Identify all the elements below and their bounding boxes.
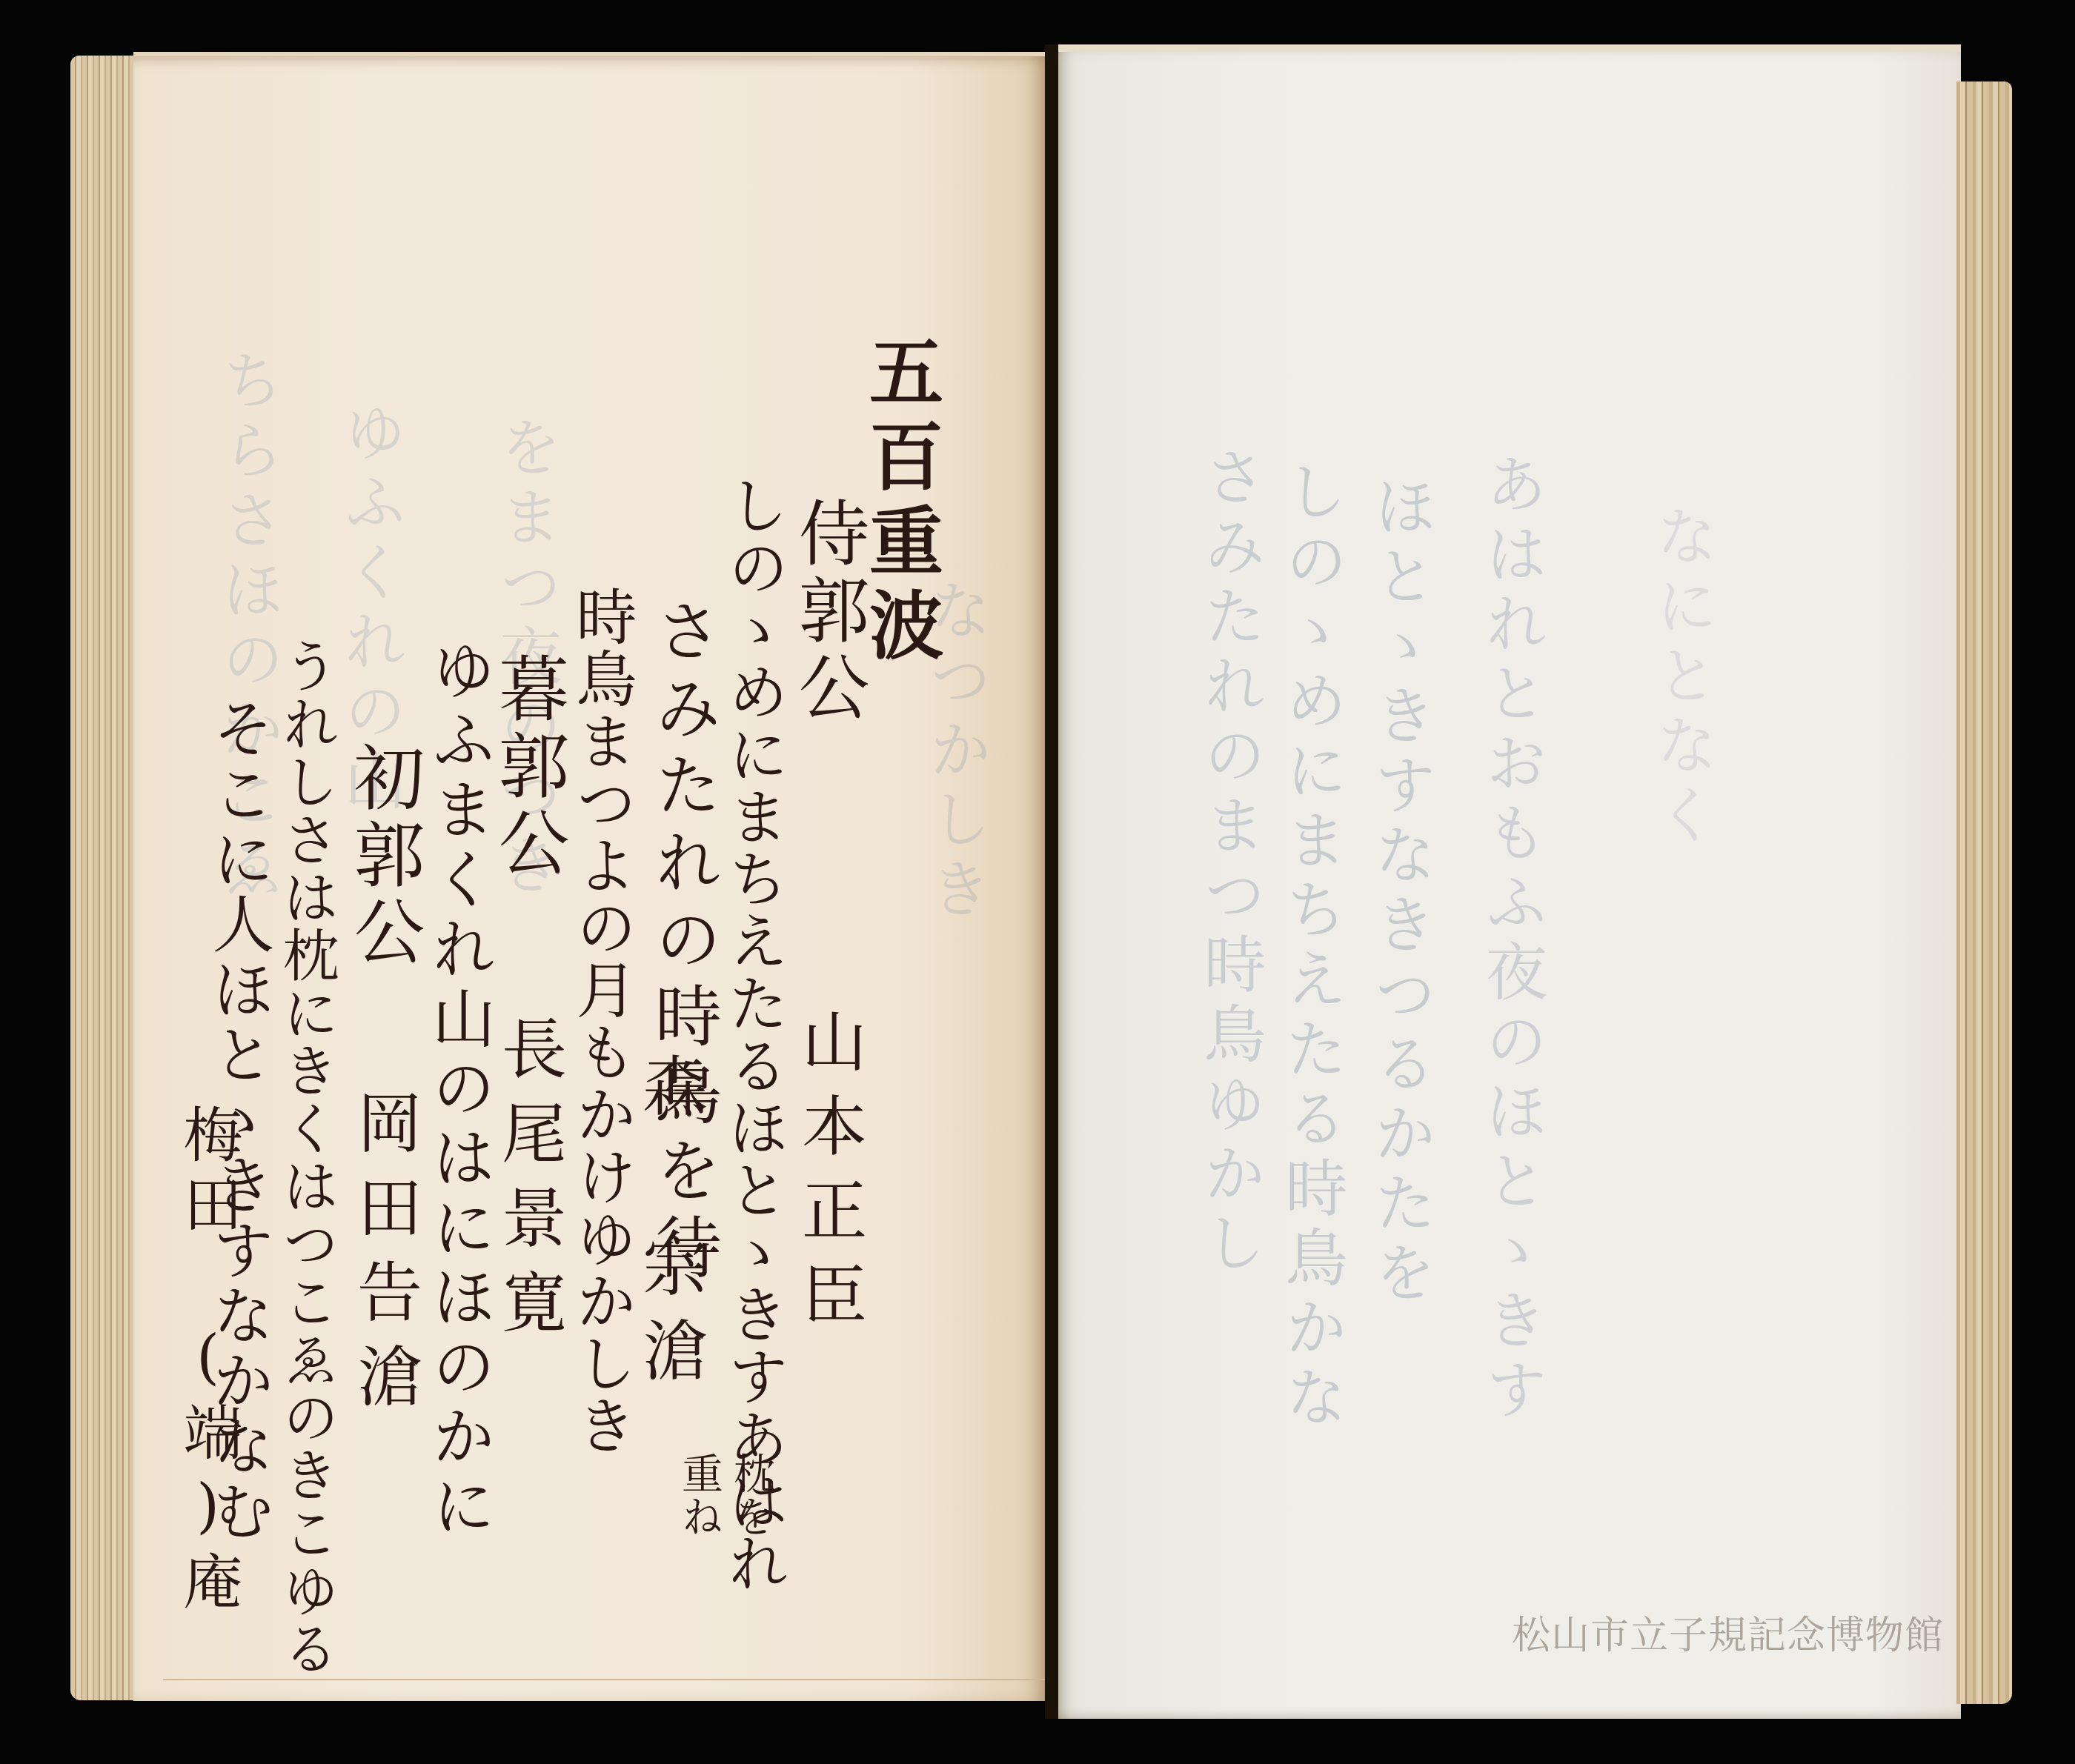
- show-through-text: ほとゝきすなきつるかたを: [1356, 474, 1446, 1310]
- show-through-text: あはれとおもふ夜のほとゝきす: [1467, 452, 1557, 1427]
- manuscript-title: 五百重波: [863, 333, 937, 671]
- book-gutter: [1045, 44, 1058, 1719]
- show-through-text: さみたれのまつ時鳥ゆかし: [1186, 445, 1275, 1280]
- museum-watermark: 松山市立子規記念博物館: [1512, 1604, 1944, 1660]
- poet-name: 長尾景寛: [497, 1015, 562, 1353]
- poet-name: 山本正臣: [797, 1008, 862, 1345]
- poet-name: 岡田告滄: [352, 1089, 417, 1427]
- poem-verse: うれしさは枕にきくはつこゑのきこゆる: [278, 637, 334, 1677]
- poem-verse: しのゝめにまちえたるほとゝきすあはれ: [723, 474, 783, 1594]
- poem-verse: ゆふまくれ山のはにほのかに: [426, 637, 490, 1542]
- show-through-text: しのゝめにまちえたる時鳥かな: [1267, 459, 1357, 1434]
- poem-topic: 初郭公: [348, 741, 419, 972]
- right-page-stack-edge: [1956, 81, 2012, 1704]
- show-through-text: なにとなく: [1638, 504, 1727, 852]
- margin-annotation: 枕を: [730, 1452, 771, 1538]
- poet-name: 梅田 (端)庵: [178, 1104, 237, 1620]
- poem-topic: 暮郭公: [493, 652, 564, 883]
- page-bottom-line: [163, 1679, 1045, 1680]
- poem-verse: 時鳥まつよの月もかけゆかしき: [571, 585, 631, 1457]
- open-book: ちらさほのかこゑ ゆふくれの山 をまつ夜のつき なつかしき さみたれのまつ時鳥ゆ…: [0, 0, 2075, 1764]
- margin-annotation: 重ね: [678, 1452, 720, 1538]
- poet-name: 森 宗滄: [637, 1052, 703, 1401]
- poem-topic: 侍郭公: [793, 496, 864, 728]
